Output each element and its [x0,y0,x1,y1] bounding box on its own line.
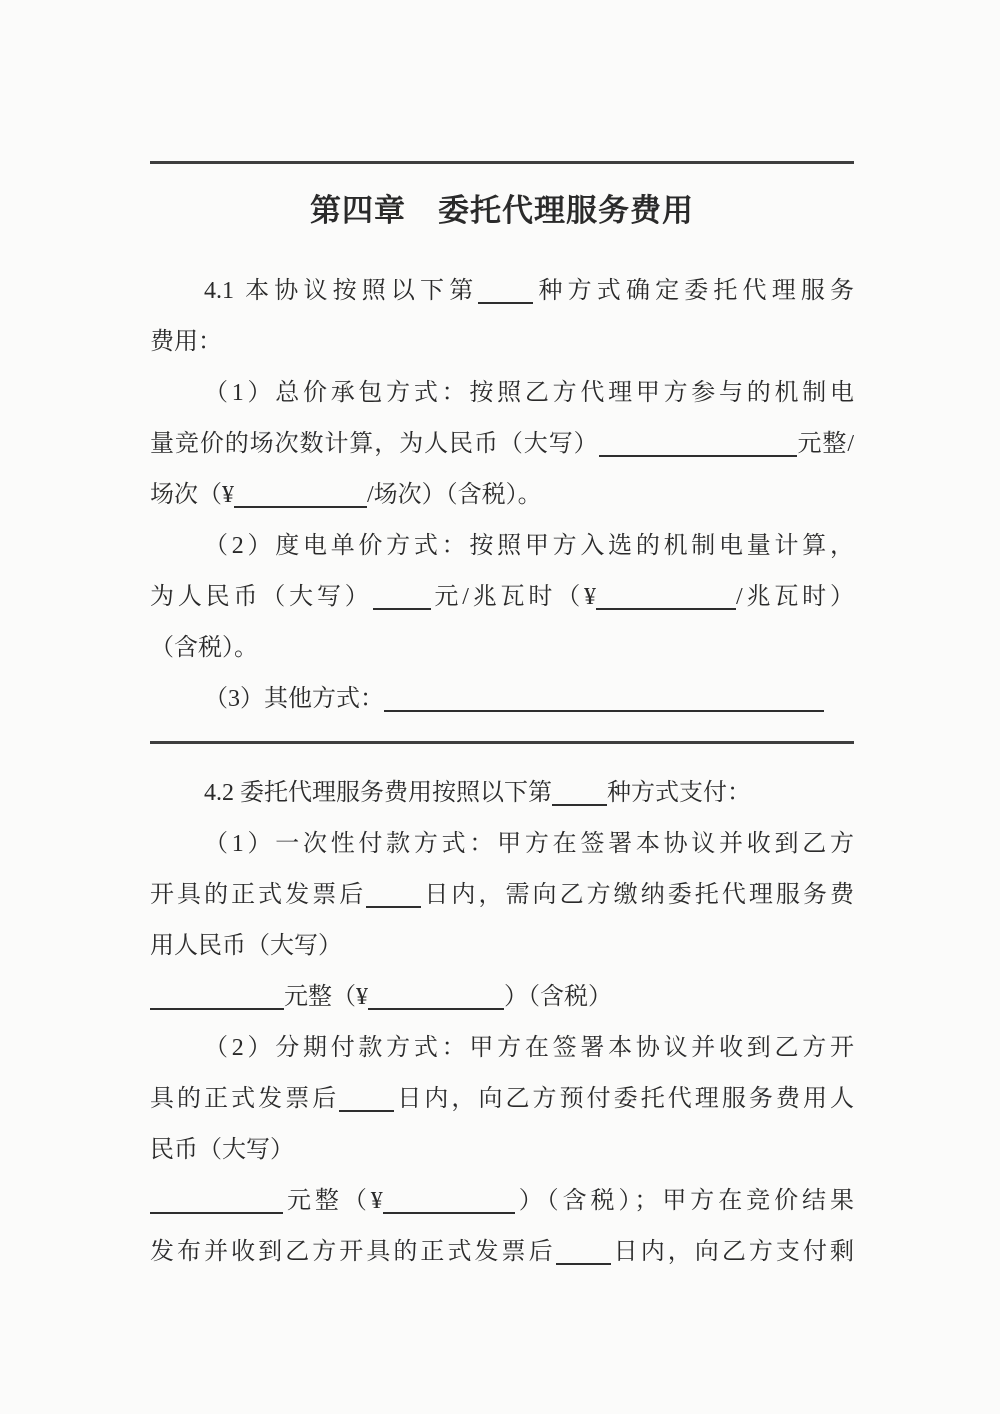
text-line: 元整（¥）（含税） [150,972,854,1023]
blank-field [384,705,824,712]
text-segment: ）（含税）；甲方在竞价结果 [515,1188,854,1214]
text-segment: （3）其他方式： [204,686,384,712]
text-segment: 4.2 委托代理服务费用按照以下第 [204,780,552,806]
text-segment: 日内，需向乙方缴纳委托代理服务费 [421,882,854,908]
text-line: 民币（大写） [150,1125,854,1176]
blank-field [368,1003,504,1010]
text-segment: （含税）。 [150,635,258,661]
text-segment: 场次（¥ [150,482,234,508]
text-line: （含税）。 [150,623,854,674]
chapter-title: 第四章 委托代理服务费用 [150,189,854,233]
section-divider-wrap [150,741,854,744]
text-segment: （1）一次性付款方式：甲方在签署本协议并收到乙方 [204,831,854,857]
text-segment: （2）分期付款方式：甲方在签署本协议并收到乙方开 [204,1035,854,1061]
blank-field [373,603,431,610]
text-line: 元整（¥）（含税）；甲方在竞价结果 [150,1176,854,1227]
text-line: （1）总价承包方式：按照乙方代理甲方参与的机制电 [150,368,854,419]
text-segment: 元/兆瓦时（¥ [431,584,596,610]
text-segment: 为人民币（大写） [150,584,373,610]
text-segment: 元整（¥ [284,984,368,1010]
text-segment: ）（含税） [504,984,612,1010]
text-segment: 种方式支付： [607,780,751,806]
blank-field [150,1003,284,1010]
text-segment: 费用： [150,329,222,355]
blank-field [234,501,367,508]
section-payment-method: 4.2 委托代理服务费用按照以下第种方式支付：（1）一次性付款方式：甲方在签署本… [150,768,854,1278]
text-segment: 日内，向乙方支付剩 [611,1239,854,1265]
text-line: 费用： [150,317,854,368]
section-divider-rule [150,741,854,744]
text-line: 量竞价的场次数计算，为人民币（大写）元整/ [150,419,854,470]
text-segment: 用人民币（大写） [150,933,342,959]
text-line: 为人民币（大写）元/兆瓦时（¥/兆瓦时） [150,572,854,623]
top-rule [150,161,854,164]
blank-field [366,901,421,908]
text-segment: 民币（大写） [150,1137,294,1163]
text-segment: 量竞价的场次数计算，为人民币（大写） [150,431,599,457]
text-line: （3）其他方式： [150,674,854,725]
text-line: 4.2 委托代理服务费用按照以下第种方式支付： [150,768,854,819]
text-line: 开具的正式发票后日内，需向乙方缴纳委托代理服务费 [150,870,854,921]
blank-field [556,1258,611,1265]
text-segment: 种方式确定委托代理服务 [533,278,854,304]
blank-field [552,799,607,806]
blank-field [339,1105,394,1112]
text-segment: （2）度电单价方式：按照甲方入选的机制电量计算， [204,533,854,559]
text-line: 用人民币（大写） [150,921,854,972]
text-line: （1）一次性付款方式：甲方在签署本协议并收到乙方 [150,819,854,870]
text-line: 场次（¥/场次）（含税）。 [150,470,854,521]
blank-field [150,1207,283,1214]
text-line: （2）度电单价方式：按照甲方入选的机制电量计算， [150,521,854,572]
text-line: 4.1 本协议按照以下第种方式确定委托代理服务 [150,266,854,317]
text-segment: 元整（¥ [283,1188,383,1214]
blank-field [596,603,736,610]
text-segment: 开具的正式发票后 [150,882,366,908]
text-line: （2）分期付款方式：甲方在签署本协议并收到乙方开 [150,1023,854,1074]
text-segment: 具的正式发票后 [150,1086,339,1112]
text-segment: 日内，向乙方预付委托代理服务费用人 [394,1086,854,1112]
text-segment: /兆瓦时） [736,584,854,610]
text-line: 发布并收到乙方开具的正式发票后日内，向乙方支付剩 [150,1227,854,1278]
section-fee-determination: 4.1 本协议按照以下第种方式确定委托代理服务费用：（1）总价承包方式：按照乙方… [150,266,854,725]
blank-field [478,297,533,304]
text-segment: 发布并收到乙方开具的正式发票后 [150,1239,556,1265]
blank-field [383,1207,515,1214]
text-segment: 元整/ [797,431,854,457]
blank-field [599,450,797,457]
text-line: 具的正式发票后日内，向乙方预付委托代理服务费用人 [150,1074,854,1125]
text-segment: /场次）（含税）。 [367,482,542,508]
contract-page: 第四章 委托代理服务费用 4.1 本协议按照以下第种方式确定委托代理服务费用：（… [0,0,1000,1414]
text-segment: （1）总价承包方式：按照乙方代理甲方参与的机制电 [204,380,854,406]
text-segment: 4.1 本协议按照以下第 [204,278,478,304]
